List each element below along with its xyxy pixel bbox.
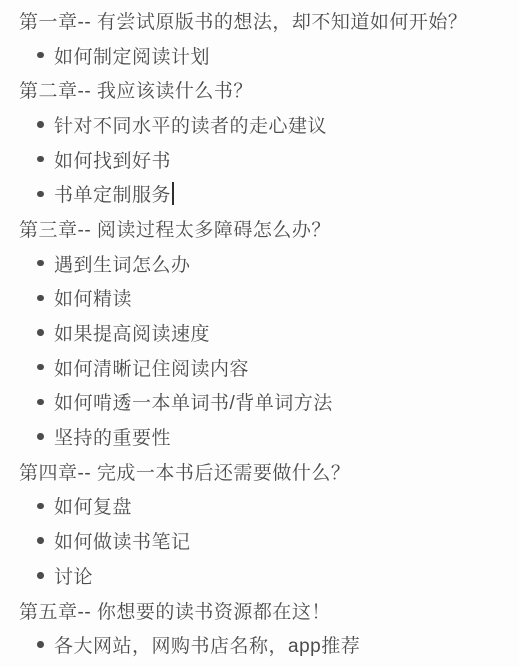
list-item-text: 如何复盘 xyxy=(54,492,132,519)
chapter-5-title: 第五章-- 你想要的读书资源都在这！ xyxy=(19,597,331,624)
list-item-text: 如何找到好书 xyxy=(54,146,171,173)
list-item-text: 书单定制服务 xyxy=(54,180,171,207)
chapter-3-heading[interactable]: 第三章-- 阅读过程太多障碍怎么办？ xyxy=(0,211,519,246)
list-item[interactable]: 如何找到好书 xyxy=(0,142,519,177)
list-item[interactable]: 如何制定阅读计划 xyxy=(0,38,519,73)
chapter-2-title: 第二章-- 我应该读什么书？ xyxy=(19,76,253,103)
bullet-icon xyxy=(37,572,44,579)
document-body[interactable]: 第一章-- 有尝试原版书的想法，却不知道如何开始？ 如何制定阅读计划 第二章--… xyxy=(0,0,519,662)
list-item[interactable]: 如何做读书笔记 xyxy=(0,523,519,558)
list-item[interactable]: 如何清晰记住阅读内容 xyxy=(0,350,519,385)
list-item[interactable]: 如何精读 xyxy=(0,281,519,316)
list-item[interactable]: 书单定制服务 xyxy=(0,176,519,211)
list-item[interactable]: 遇到生词怎么办 xyxy=(0,246,519,281)
chapter-1-title: 第一章-- 有尝试原版书的想法，却不知道如何开始？ xyxy=(19,7,467,34)
list-item-text: 如何做读书笔记 xyxy=(54,527,191,554)
list-item-text: 坚持的重要性 xyxy=(54,423,171,450)
bullet-icon xyxy=(37,503,44,510)
list-item[interactable]: 如何啃透一本单词书/背单词方法 xyxy=(0,385,519,420)
bullet-icon xyxy=(37,52,44,59)
chapter-3-title: 第三章-- 阅读过程太多障碍怎么办？ xyxy=(19,215,331,242)
list-item-text: 如果提高阅读速度 xyxy=(54,319,210,346)
chapter-1-heading[interactable]: 第一章-- 有尝试原版书的想法，却不知道如何开始？ xyxy=(0,3,519,38)
list-item[interactable]: 各大网站，网购书店名称，app推荐 xyxy=(0,627,519,662)
bullet-icon xyxy=(37,191,44,198)
bullet-icon xyxy=(37,260,44,267)
chapter-4-heading[interactable]: 第四章-- 完成一本书后还需要做什么？ xyxy=(0,454,519,489)
list-item-text: 如何啃透一本单词书/背单词方法 xyxy=(54,388,333,415)
list-item-text: 如何制定阅读计划 xyxy=(54,42,210,69)
chapter-5-heading[interactable]: 第五章-- 你想要的读书资源都在这！ xyxy=(0,593,519,628)
list-item-text: 针对不同水平的读者的走心建议 xyxy=(54,111,327,138)
bullet-icon xyxy=(37,537,44,544)
bullet-icon xyxy=(37,295,44,302)
bullet-icon xyxy=(37,364,44,371)
bullet-icon xyxy=(37,399,44,406)
list-item-text: 遇到生词怎么办 xyxy=(54,250,191,277)
list-item[interactable]: 坚持的重要性 xyxy=(0,419,519,454)
bullet-icon xyxy=(37,121,44,128)
list-item-text: 讨论 xyxy=(54,562,93,589)
bullet-icon xyxy=(37,641,44,648)
list-item-text: 如何清晰记住阅读内容 xyxy=(54,354,249,381)
bullet-icon xyxy=(37,329,44,336)
list-item[interactable]: 如果提高阅读速度 xyxy=(0,315,519,350)
text-cursor xyxy=(172,182,174,205)
chapter-4-title: 第四章-- 完成一本书后还需要做什么？ xyxy=(19,458,350,485)
bullet-icon xyxy=(37,433,44,440)
list-item[interactable]: 针对不同水平的读者的走心建议 xyxy=(0,107,519,142)
chapter-2-heading[interactable]: 第二章-- 我应该读什么书？ xyxy=(0,72,519,107)
list-item-text: 如何精读 xyxy=(54,284,132,311)
bullet-icon xyxy=(37,156,44,163)
list-item[interactable]: 如何复盘 xyxy=(0,489,519,524)
list-item[interactable]: 讨论 xyxy=(0,558,519,593)
list-item-text: 各大网站，网购书店名称，app推荐 xyxy=(54,631,360,658)
